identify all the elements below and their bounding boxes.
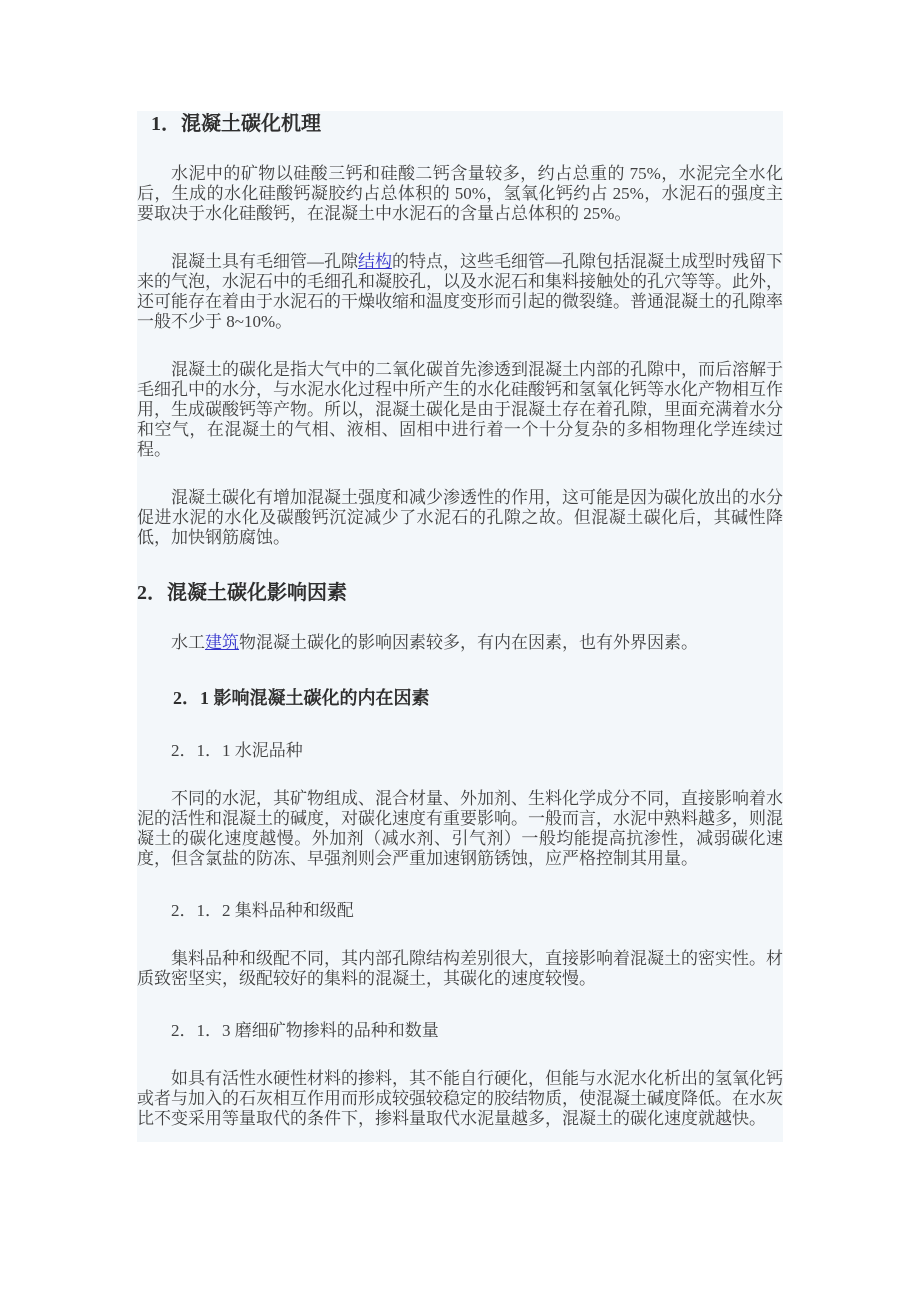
section-2-1-3-heading: 2．1．3 磨细矿物掺料的品种和数量: [137, 1021, 783, 1041]
section-2-1-heading: 2．1 影响混凝土碳化的内在因素: [137, 687, 783, 709]
text-run: 如具有活性水硬性材料的掺料，其不能自行硬化，但能与水泥水化析出的氢氧化钙或者与加…: [137, 1069, 783, 1128]
text-run: 物混凝土碳化的影响因素较多，有内在因素，也有外界因素。: [239, 633, 698, 652]
section-2-1-1-heading: 2．1．1 水泥品种: [137, 741, 783, 761]
hyperlink[interactable]: 建筑: [205, 633, 239, 652]
text-run: 混凝土碳化有增加混凝土强度和减少渗透性的作用，这可能是因为碳化放出的水分促进水泥…: [137, 488, 783, 547]
text-run: 2．混凝土碳化影响因素: [137, 582, 347, 604]
text-run: 混凝土的碳化是指大气中的二氧化碳首先渗透到混凝土内部的孔隙中，而后溶解于毛细孔中…: [137, 360, 783, 459]
paragraph: 如具有活性水硬性材料的掺料，其不能自行硬化，但能与水泥水化析出的氢氧化钙或者与加…: [137, 1069, 783, 1129]
text-run: 2．1．2 集料品种和级配: [171, 901, 354, 920]
paragraph: 水工建筑物混凝土碳化的影响因素较多，有内在因素，也有外界因素。: [137, 633, 783, 653]
text-block-container: 1．混凝土碳化机理水泥中的矿物以硅酸三钙和硅酸二钙含量较多，约占总重的 75%，…: [137, 111, 783, 1142]
text-run: 水工: [171, 633, 205, 652]
paragraph: 不同的水泥，其矿物组成、混合材量、外加剂、生料化学成分不同，直接影响着水泥的活性…: [137, 789, 783, 869]
section-2-1-2-heading: 2．1．2 集料品种和级配: [137, 901, 783, 921]
text-run: 2．1．3 磨细矿物掺料的品种和数量: [171, 1021, 439, 1040]
text-run: 混凝土具有毛细管—孔隙: [171, 252, 358, 271]
text-run: 集料品种和级配不同，其内部孔隙结构差别很大，直接影响着混凝土的密实性。材质致密坚…: [137, 949, 783, 988]
paragraph: 集料品种和级配不同，其内部孔隙结构差别很大，直接影响着混凝土的密实性。材质致密坚…: [137, 949, 783, 989]
paragraph: 混凝土的碳化是指大气中的二氧化碳首先渗透到混凝土内部的孔隙中，而后溶解于毛细孔中…: [137, 360, 783, 460]
text-run: 2．1．1 水泥品种: [171, 741, 303, 760]
text-run: 1．混凝土碳化机理: [151, 113, 321, 135]
paragraph: 混凝土碳化有增加混凝土强度和减少渗透性的作用，这可能是因为碳化放出的水分促进水泥…: [137, 488, 783, 548]
text-run: 不同的水泥，其矿物组成、混合材量、外加剂、生料化学成分不同，直接影响着水泥的活性…: [137, 789, 783, 868]
document-page: 1．混凝土碳化机理水泥中的矿物以硅酸三钙和硅酸二钙含量较多，约占总重的 75%，…: [0, 0, 920, 1302]
hyperlink[interactable]: 结构: [358, 252, 392, 271]
paragraph: 水泥中的矿物以硅酸三钙和硅酸二钙含量较多，约占总重的 75%，水泥完全水化后，生…: [137, 164, 783, 224]
text-run: 2．1 影响混凝土碳化的内在因素: [173, 688, 430, 708]
text-run: 水泥中的矿物以硅酸三钙和硅酸二钙含量较多，约占总重的 75%，水泥完全水化后，生…: [137, 164, 783, 223]
paragraph: 混凝土具有毛细管—孔隙结构的特点，这些毛细管—孔隙包括混凝土成型时残留下来的气泡…: [137, 252, 783, 332]
section-2-heading: 2．混凝土碳化影响因素: [137, 582, 783, 605]
section-1-heading: 1．混凝土碳化机理: [137, 113, 783, 136]
